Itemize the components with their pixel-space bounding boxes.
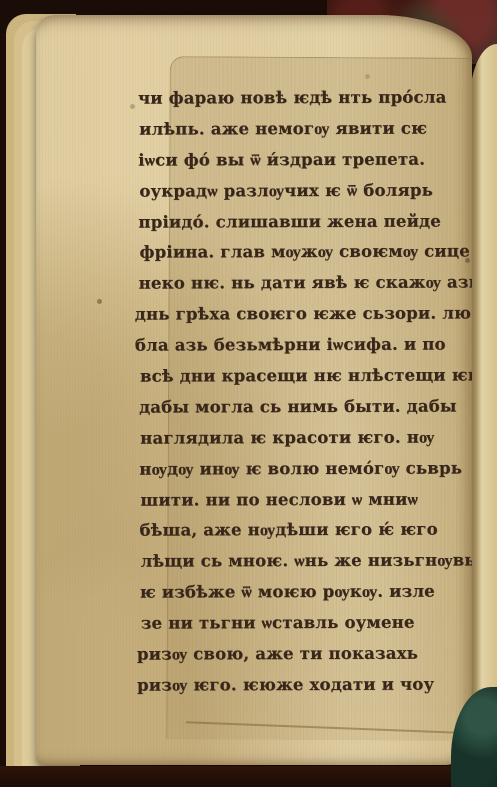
paper-specks xyxy=(36,15,39,18)
text-line: всѣ дни красещи нѥ нлѣстещи ѥго xyxy=(140,360,472,392)
text-line: дабы могла сь нимь быти. дабы xyxy=(139,391,472,423)
text-line: нѹдѹ инѹ ѥ волю немо́гѹ сьврь xyxy=(139,453,472,485)
manuscript-photo: чи фараю новѣ ѥдѣ нть про́слаилѣпь. аже … xyxy=(0,0,497,787)
text-line: лѣщи сь мноѥ. ѡнь же низьгнѹвь xyxy=(141,546,472,578)
text-line: фріина. глав мѹжѹ своѥмѹ сице xyxy=(139,237,472,269)
text-line: илѣпь. аже немогѹ явити сѥ xyxy=(139,113,472,145)
text-line: зе ни тьгни ѡставль оумене xyxy=(141,608,472,640)
text-line: ризѹ свою, аже ти показахь xyxy=(137,638,472,670)
text-line: оукрадѡ разлѹчих ѥ ѿ болярь xyxy=(139,175,472,207)
text-line: пріидо́. слишавши жена пейде xyxy=(138,206,472,238)
text-line: ризѹ ѥго. ѥюже ходати и чоу xyxy=(137,669,472,701)
text-line: бѣша, аже нѹдѣши ѥго ѥ́ ѥго xyxy=(139,515,472,547)
text-line: іѡси фо́ вы ѿ и́здраи трепета. xyxy=(138,144,472,176)
adjacent-page-edge xyxy=(470,44,497,760)
background-bottom-strip xyxy=(0,766,497,787)
text-line: наглядила ѥ красоти ѥго. нѹ xyxy=(140,422,472,454)
text-line: чи фараю новѣ ѥдѣ нть про́сла xyxy=(138,82,472,114)
text-line: шити. ни по неслови ѡ мниѡ xyxy=(140,484,472,516)
text-line: днь грѣха своѥго ѥже сьзори. лю xyxy=(135,299,472,331)
text-line: ѥ избѣже ѿ моѥю рѹкѹ. изле xyxy=(140,577,472,609)
text-line: бла азь безьмѣрни іѡсифа. и по xyxy=(135,330,472,362)
page-leaf: чи фараю новѣ ѥдѣ нть про́слаилѣпь. аже … xyxy=(36,15,472,765)
text-block: чи фараю новѣ ѥдѣ нть про́слаилѣпь. аже … xyxy=(138,82,472,701)
text-line: неко нѥ. нь дати явѣ ѥ скажѹ азь xyxy=(139,268,472,300)
